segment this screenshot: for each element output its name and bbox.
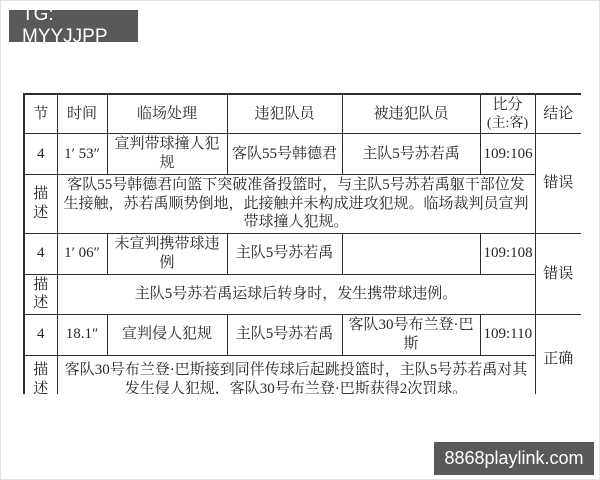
- cell-period: 4: [24, 234, 57, 275]
- telegram-tag-label: TG: MYYJJPP: [9, 10, 138, 42]
- cell-conclusion: 正确: [535, 315, 581, 395]
- referee-report-table: 节 时间 临场处理 违犯队员 被违犯队员 比分 (主:客) 结论 4 1′ 53…: [23, 93, 581, 394]
- description-row: 描述 客队55号韩德君向篮下突破准备投篮时，与主队5号苏若禹躯干部位发生接触，苏…: [24, 174, 581, 233]
- screenshot-canvas: TG: MYYJJPP 节 时间 临场处理 违犯队员 被违犯队员 比分 (主:客…: [0, 0, 600, 480]
- col-header-offended: 被违犯队员: [342, 94, 480, 134]
- referee-report-table-clip: 节 时间 临场处理 违犯队员 被违犯队员 比分 (主:客) 结论 4 1′ 53…: [23, 93, 581, 394]
- cell-score: 109:106: [480, 134, 535, 175]
- cell-offender: 主队5号苏若禹: [227, 315, 342, 356]
- cell-period: 4: [24, 315, 57, 356]
- description-row: 描述 客队30号布兰登·巴斯接到同伴传球后起跳投篮时，主队5号苏若禹对其发生侵人…: [24, 355, 581, 394]
- cell-time: 1′ 06″: [57, 234, 107, 275]
- cell-desc-label: 描述: [24, 355, 57, 394]
- cell-desc-label: 描述: [24, 174, 57, 233]
- incident-row: 4 1′ 53″ 宣判带球撞人犯规 客队55号韩德君 主队5号苏若禹 109:1…: [24, 134, 581, 175]
- col-header-score: 比分 (主:客): [480, 94, 535, 134]
- watermark-label: 8868playlink.com: [434, 442, 594, 475]
- description-row: 描述 主队5号苏若禹运球后转身时，发生携带球违例。: [24, 274, 581, 315]
- col-header-period: 节: [24, 94, 57, 134]
- cell-offended: 主队5号苏若禹: [342, 134, 480, 175]
- cell-score: 109:108: [480, 234, 535, 275]
- header-row: 节 时间 临场处理 违犯队员 被违犯队员 比分 (主:客) 结论: [24, 94, 581, 134]
- cell-score: 109:110: [480, 315, 535, 356]
- cell-ruling: 宣判侵人犯规: [107, 315, 227, 356]
- cell-conclusion: 错误: [535, 234, 581, 315]
- cell-period: 4: [24, 134, 57, 175]
- col-header-time: 时间: [57, 94, 107, 134]
- cell-desc-label: 描述: [24, 274, 57, 315]
- cell-ruling: 宣判带球撞人犯规: [107, 134, 227, 175]
- col-header-conclusion: 结论: [535, 94, 581, 134]
- telegram-tag-text: TG: MYYJJPP: [22, 4, 138, 48]
- cell-conclusion: 错误: [535, 134, 581, 234]
- cell-ruling: 未宣判携带球违例: [107, 234, 227, 275]
- cell-time: 18.1″: [57, 315, 107, 356]
- cell-description: 主队5号苏若禹运球后转身时，发生携带球违例。: [57, 274, 535, 315]
- cell-offender: 主队5号苏若禹: [227, 234, 342, 275]
- col-header-score-line1: 比分: [484, 96, 532, 115]
- cell-offender: 客队55号韩德君: [227, 134, 342, 175]
- cell-offended: 客队30号布兰登·巴斯: [342, 315, 480, 356]
- cell-description: 客队55号韩德君向篮下突破准备投篮时，与主队5号苏若禹躯干部位发生接触，苏若禹顺…: [57, 174, 535, 233]
- col-header-ruling: 临场处理: [107, 94, 227, 134]
- cell-description: 客队30号布兰登·巴斯接到同伴传球后起跳投篮时，主队5号苏若禹对其发生侵人犯规，…: [57, 355, 535, 394]
- col-header-score-line2: (主:客): [484, 115, 532, 133]
- watermark-text: 8868playlink.com: [444, 448, 583, 469]
- cell-time: 1′ 53″: [57, 134, 107, 175]
- incident-row: 4 1′ 06″ 未宣判携带球违例 主队5号苏若禹 109:108 错误: [24, 234, 581, 275]
- col-header-offender: 违犯队员: [227, 94, 342, 134]
- incident-row: 4 18.1″ 宣判侵人犯规 主队5号苏若禹 客队30号布兰登·巴斯 109:1…: [24, 315, 581, 356]
- cell-offended: [342, 234, 480, 275]
